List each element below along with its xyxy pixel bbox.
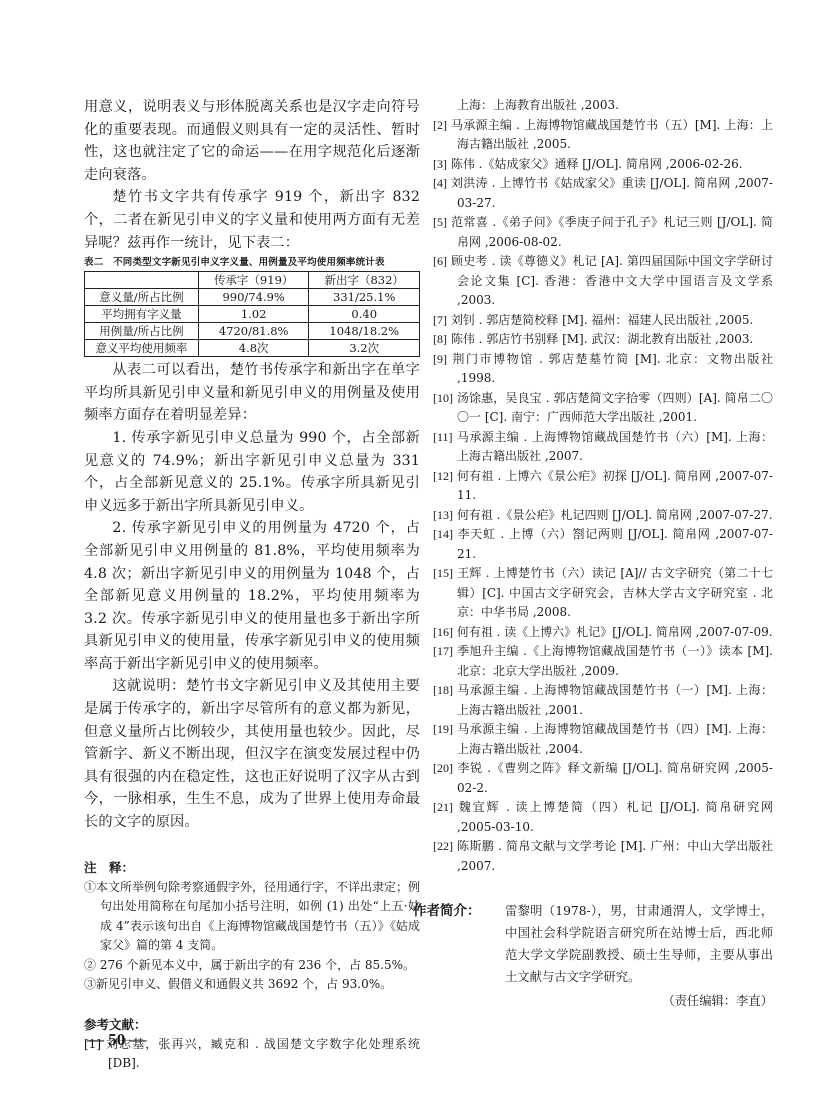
table-cell: 1.02 — [198, 306, 309, 323]
reference-text: 马承源主编 . 上海博物馆藏战国楚竹书（六）[M]. 上海：上海古籍出版社 ,2… — [457, 430, 773, 464]
reference-item: [14] 李天虹 . 上博（六）劄记两则 [J/OL]. 简帛网 ,2007-0… — [433, 525, 773, 564]
reference-text: 刘洪涛 . 上博竹书《姑成家父》重读 [J/OL]. 简帛网 ,2007-03-… — [451, 176, 773, 210]
reference-number: [22] — [433, 839, 453, 853]
right-column: 上海：上海教育出版社 ,2003. [2] 马承源主编 . 上海博物馆藏战国楚竹… — [433, 96, 773, 1012]
reference-number: [20] — [433, 761, 453, 775]
reference-item: [20] 李锐 .《曹刿之阵》释文新编 [J/OL]. 简帛研究网 ,2005-… — [433, 759, 773, 798]
reference-text: 季旭升主编 .《上海博物馆藏战国楚竹书（一）》读本 [M]. 北京：北京大学出版… — [457, 644, 773, 678]
table-cell: 平均拥有字义量 — [85, 306, 199, 323]
reference-number: [5] — [433, 215, 447, 229]
reference-text: 李锐 .《曹刿之阵》释文新编 [J/OL]. 简帛研究网 ,2005-02-2. — [457, 761, 773, 795]
reference-number: [12] — [433, 469, 453, 483]
reference-item: [6] 顾史考 . 读《尊德义》札记 [A]. 第四届国际中国文字学研讨会论文集… — [433, 252, 773, 311]
reference-item: [4] 刘洪涛 . 上博竹书《姑成家父》重读 [J/OL]. 简帛网 ,2007… — [433, 174, 773, 213]
reference-number: [11] — [433, 430, 453, 444]
table-cell: 用例量/所占比例 — [85, 323, 199, 340]
reference-number: [8] — [433, 332, 447, 346]
table-row: 平均拥有字义量 1.02 0.40 — [85, 306, 420, 323]
body-paragraph: 楚竹书文字共有传承字 919 个，新出字 832 个，二者在新见引申义的字义量和… — [84, 186, 420, 254]
page-number: — 50 — — [87, 1030, 147, 1050]
reference-text: 李天虹 . 上博（六）劄记两则 [J/OL]. 简帛网 ,2007-07-21. — [457, 527, 773, 561]
reference-text: 马承源主编 . 上海博物馆藏战国楚竹书（一）[M]. 上海：上海古籍出版社 ,2… — [457, 683, 773, 717]
reference-text: 马承源主编 . 上海博物馆藏战国楚竹书（四）[M]. 上海：上海古籍出版社 ,2… — [457, 722, 773, 756]
table-row: 意义量/所占比例 990/74.9% 331/25.1% — [85, 289, 420, 306]
body-paragraph: 这就说明：楚竹书文字新见引申义及其使用主要是属于传承字的，新出字尽管所有的意义都… — [84, 675, 420, 833]
table-cell: 990/74.9% — [198, 289, 309, 306]
reference-number: [15] — [433, 566, 453, 580]
reference-text: 荆门市博物馆 . 郭店楚墓竹简 [M]. 北京：文物出版社 ,1998. — [452, 352, 773, 386]
reference-item: [18] 马承源主编 . 上海博物馆藏战国楚竹书（一）[M]. 上海：上海古籍出… — [433, 681, 773, 720]
reference-item: [17] 季旭升主编 .《上海博物馆藏战国楚竹书（一）》读本 [M]. 北京：北… — [433, 642, 773, 681]
reference-text: 何有祖 . 上博六《景公疟》初探 [J/OL]. 简帛网 ,2007-07-11… — [457, 469, 773, 503]
note-item: ③新见引申义、假借义和通假义共 3692 个，占 93.0%。 — [84, 975, 420, 995]
table-row: 用例量/所占比例 4720/81.8% 1048/18.2% — [85, 323, 420, 340]
reference-item: [16] 何有祖 . 读《上博六》札记》[J/OL]. 简帛网 ,2007-07… — [433, 623, 773, 643]
table-cell: 4.8次 — [198, 340, 309, 357]
reference-item: [5] 范常喜 .《弟子问》《季庚子问于孔子》札记三则 [J/OL]. 简帛网 … — [433, 213, 773, 252]
reference-number: [14] — [433, 527, 453, 541]
reference-number: [3] — [433, 157, 447, 171]
stats-table: 传承字（919） 新出字（832） 意义量/所占比例 990/74.9% 331… — [84, 271, 420, 357]
reference-number: [21] — [433, 800, 453, 814]
reference-number: [18] — [433, 683, 453, 697]
reference-text: 何有祖 . 读《上博六》札记》[J/OL]. 简帛网 ,2007-07-09. — [457, 625, 773, 639]
reference-item: [2] 马承源主编 . 上海博物馆藏战国楚竹书（五）[M]. 上海：上海古籍出版… — [433, 116, 773, 155]
reference-number: [6] — [433, 254, 447, 268]
table-header-cell — [85, 272, 199, 289]
references-list: [2] 马承源主编 . 上海博物馆藏战国楚竹书（五）[M]. 上海：上海古籍出版… — [433, 116, 773, 877]
table-row: 意义平均使用频率 4.8次 3.2次 — [85, 340, 420, 357]
responsible-editor: （责任编辑：李直） — [433, 990, 773, 1012]
reference-text: 魏宜辉 . 读上博楚简（四）札记 [J/OL]. 简帛研究网 ,2005-03-… — [457, 800, 773, 834]
reference-item: [22] 陈斯鹏 . 简帛文献与文学考论 [M]. 广州：中山大学出版社 ,20… — [433, 837, 773, 876]
author-bio-text: 雷黎明（1978-），男，甘肃通渭人，文学博士，中国社会科学院语言研究所在站博士… — [433, 900, 773, 988]
table-cell: 1048/18.2% — [309, 323, 420, 340]
reference-number: [16] — [433, 625, 453, 639]
table-cell: 4720/81.8% — [198, 323, 309, 340]
table-cell: 331/25.1% — [309, 289, 420, 306]
table-cell: 0.40 — [309, 306, 420, 323]
table-caption: 表二 不同类型文字新见引申义字义量、用例量及平均使用频率统计表 — [84, 256, 420, 269]
table-header-cell: 传承字（919） — [198, 272, 309, 289]
table-cell: 意义量/所占比例 — [85, 289, 199, 306]
body-paragraph: 2. 传承字新见引申义的用例量为 4720 个，占全部新见引申义用例量的 81.… — [84, 517, 420, 675]
table-cell: 3.2次 — [309, 340, 420, 357]
notes-heading: 注 释： — [84, 858, 420, 878]
reference-text: 王辉 . 上博楚竹书（六）读记 [A]// 古文字研究（第二十七辑）[C]. 中… — [457, 566, 773, 619]
reference-item: [8] 陈伟 . 郭店竹书别释 [M]. 武汉：湖北教育出版社 ,2003. — [433, 330, 773, 350]
body-paragraph: 1. 传承字新见引申义总量为 990 个，占全部新见意义的 74.9%；新出字新… — [84, 427, 420, 517]
reference-item: [21] 魏宜辉 . 读上博楚简（四）札记 [J/OL]. 简帛研究网 ,200… — [433, 798, 773, 837]
reference-text: 马承源主编 . 上海博物馆藏战国楚竹书（五）[M]. 上海：上海古籍出版社 ,2… — [451, 118, 773, 152]
reference-continuation: 上海：上海教育出版社 ,2003. — [433, 96, 773, 116]
table-cell: 意义平均使用频率 — [85, 340, 199, 357]
body-paragraph: 用意义，说明表义与形体脱离关系也是汉字走向符号化的重要表现。而通假义则具有一定的… — [84, 96, 420, 186]
reference-text: 顾史考 . 读《尊德义》札记 [A]. 第四届国际中国文字学研讨会论文集 [C]… — [451, 254, 773, 307]
reference-text: 刘钊 . 郭店楚简校释 [M]. 福州：福建人民出版社 ,2005. — [451, 313, 754, 327]
reference-text: 陈伟 . 郭店竹书别释 [M]. 武汉：湖北教育出版社 ,2003. — [451, 332, 754, 346]
note-item: ② 276 个新见本义中，属于新出字的有 236 个，占 85.5%。 — [84, 956, 420, 976]
reference-item: [19] 马承源主编 . 上海博物馆藏战国楚竹书（四）[M]. 上海：上海古籍出… — [433, 720, 773, 759]
table-header-row: 传承字（919） 新出字（832） — [85, 272, 420, 289]
reference-number: [19] — [433, 722, 453, 736]
author-bio: 作者简介： 雷黎明（1978-），男，甘肃通渭人，文学博士，中国社会科学院语言研… — [433, 900, 773, 988]
reference-item: [3] 陈伟 .《姑成家父》通释 [J/OL]. 简帛网 ,2006-02-26… — [433, 155, 773, 175]
reference-item: [10] 汤馀惠，吴良宝 . 郭店楚简文字拾零（四则）[A]. 简帛二〇〇一 [… — [433, 389, 773, 428]
reference-text: 陈斯鹏 . 简帛文献与文学考论 [M]. 广州：中山大学出版社 ,2007. — [457, 839, 773, 873]
table-header-cell: 新出字（832） — [309, 272, 420, 289]
reference-item: [11] 马承源主编 . 上海博物馆藏战国楚竹书（六）[M]. 上海：上海古籍出… — [433, 428, 773, 467]
reference-number: [10] — [433, 391, 453, 405]
left-column: 用意义，说明表义与形体脱离关系也是汉字走向符号化的重要表现。而通假义则具有一定的… — [84, 96, 420, 1074]
reference-number: [4] — [433, 176, 447, 190]
reference-number: [13] — [433, 508, 453, 522]
reference-number: [7] — [433, 313, 447, 327]
journal-page: 用意义，说明表义与形体脱离关系也是汉字走向符号化的重要表现。而通假义则具有一定的… — [0, 0, 827, 1114]
note-item: ①本文所举例句除考察通假字外，径用通行字，不详出隶定；例句出处用简称在句尾加小括… — [84, 878, 420, 956]
reference-item: [13] 何有祖 .《景公疟》札记四则 [J/OL]. 简帛网 ,2007-07… — [433, 506, 773, 526]
author-bio-label: 作者简介： — [413, 900, 481, 922]
reference-number: [9] — [433, 352, 447, 366]
reference-text: 范常喜 .《弟子问》《季庚子问于孔子》札记三则 [J/OL]. 简帛网 ,200… — [451, 215, 773, 249]
reference-text: 陈伟 .《姑成家父》通释 [J/OL]. 简帛网 ,2006-02-26. — [451, 157, 743, 171]
body-paragraph: 从表二可以看出，楚竹书传承字和新出字在单字平均所具新见引申义量和新见引申义的用例… — [84, 359, 420, 427]
reference-text: 何有祖 .《景公疟》札记四则 [J/OL]. 简帛网 ,2007-07-27. — [457, 508, 773, 522]
reference-item: [7] 刘钊 . 郭店楚简校释 [M]. 福州：福建人民出版社 ,2005. — [433, 311, 773, 331]
reference-number: [2] — [433, 118, 447, 132]
reference-item: [15] 王辉 . 上博楚竹书（六）读记 [A]// 古文字研究（第二十七辑）[… — [433, 564, 773, 623]
reference-item: [9] 荆门市博物馆 . 郭店楚墓竹简 [M]. 北京：文物出版社 ,1998. — [433, 350, 773, 389]
reference-number: [17] — [433, 644, 453, 658]
reference-text: 汤馀惠，吴良宝 . 郭店楚简文字拾零（四则）[A]. 简帛二〇〇一 [C]. 南… — [457, 391, 773, 425]
reference-item: [12] 何有祖 . 上博六《景公疟》初探 [J/OL]. 简帛网 ,2007-… — [433, 467, 773, 506]
